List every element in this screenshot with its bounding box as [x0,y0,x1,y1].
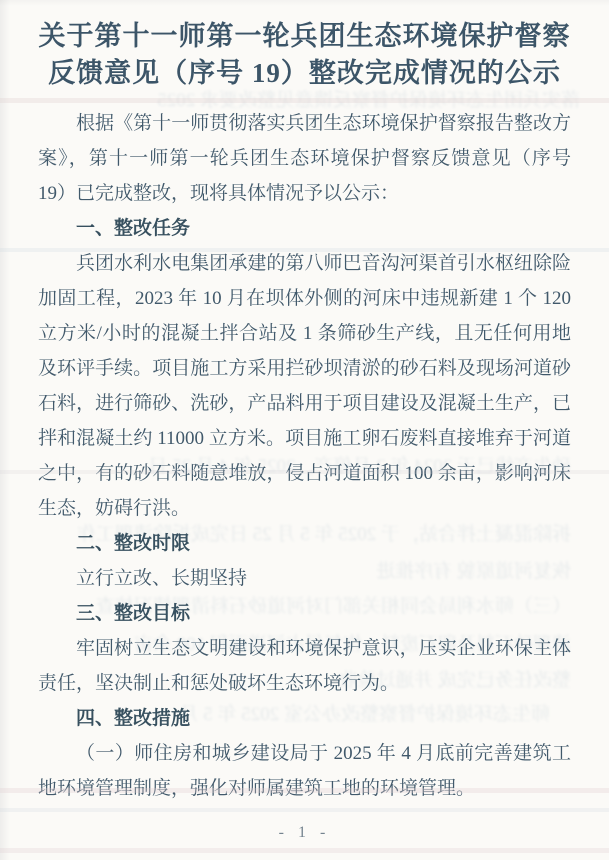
title-line-1: 关于第十一师第一轮兵团生态环境保护督察 [38,18,571,55]
section-heading-measures: 四、整改措施 [38,701,571,736]
intro-paragraph: 根据《第十一师贯彻落实兵团生态环境保护督察报告整改方案》，第十一师第一轮兵团生态… [38,106,571,211]
section-body-measures: （一）师住房和城乡建设局于 2025 年 4 月底前完善建筑工地环境管理制度，强… [38,736,571,806]
scan-streak [0,808,609,812]
section-heading-deadline: 二、整改时限 [38,526,571,561]
section-heading-goal: 三、整改目标 [38,596,571,631]
document-title: 关于第十一师第一轮兵团生态环境保护督察 反馈意见（序号 19）整改完成情况的公示 [38,18,571,92]
scan-streak [0,98,609,103]
section-heading-task: 一、整改任务 [38,211,571,246]
section-body-deadline: 立行立改、长期坚持 [38,561,571,596]
title-line-2: 反馈意见（序号 19）整改完成情况的公示 [38,55,571,92]
section-body-goal: 牢固树立生态文明建设和环境保护意识，压实企业环保主体责任，坚决制止和惩处破坏生态… [38,631,571,701]
page-number: - 1 - [0,824,609,842]
document-page: 落实兵团生态环境保护督察反馈意见整改要求 2025 砂生产线已于 2024 年 … [0,0,609,860]
scan-streak [0,848,609,853]
section-body-task: 兵团水利水电集团承建的第八师巴音沟河渠首引水枢纽除险加固工程，2023 年 10… [38,246,571,526]
